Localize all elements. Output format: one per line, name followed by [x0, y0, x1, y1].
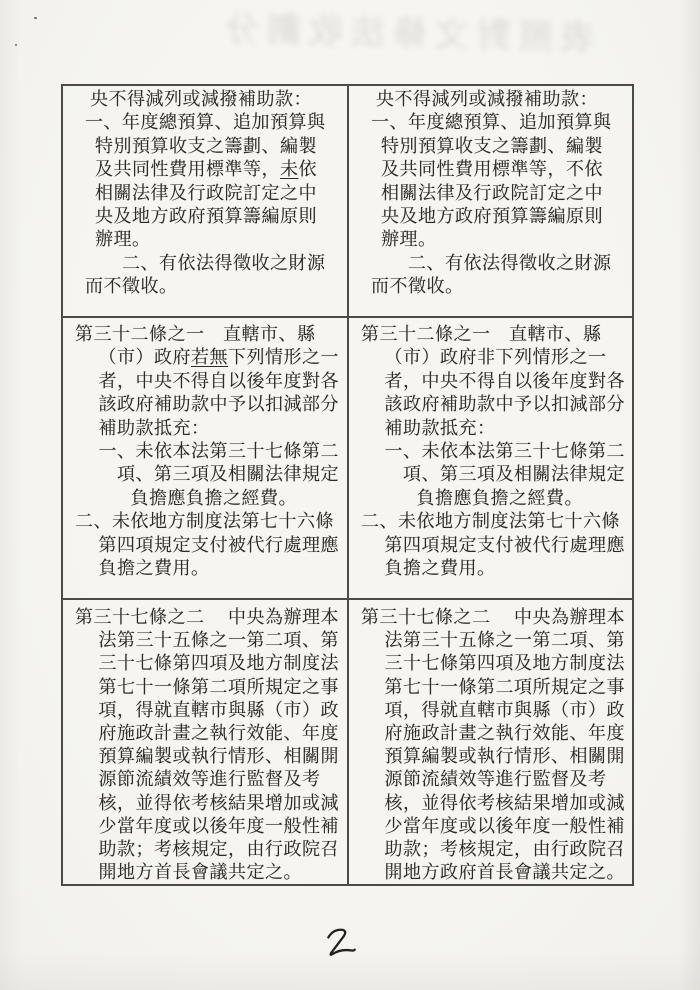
- law-text-line: 特別預算收支之籌劃、編製: [75, 135, 344, 158]
- law-comparison-table: 央不得減列或減撥補助款： 一、年度總預算、追加預算與 特別預算收支之籌劃、編製 …: [61, 84, 634, 886]
- law-text-line: 第三十二條之一 直轄市、縣: [361, 323, 629, 346]
- law-text-line: 央不得減列或減撥補助款：: [361, 88, 629, 111]
- law-text-line: 央不得減列或減撥補助款：: [75, 88, 344, 111]
- law-text-line: 第三十二條之一 直轄市、縣: [75, 323, 344, 346]
- law-text-line: 一、年度總預算、追加預算與: [361, 111, 629, 134]
- law-text-line: 者，中央不得自以後年度對各: [75, 370, 344, 393]
- law-text-line: 開地方政府首長會議共定之。: [361, 861, 629, 884]
- law-text-line: 府施政計畫之執行效能、年度: [75, 722, 344, 745]
- law-text-line: 負擔之費用。: [75, 557, 344, 580]
- law-text-line: 預算編製或執行情形、相關開: [75, 745, 344, 768]
- law-text-line: 法第三十五條之一第二項、第: [361, 629, 629, 652]
- law-text-line: 辦理。: [361, 228, 629, 251]
- law-text-line: 開地方首長會議共定之。: [75, 861, 344, 884]
- bleed-through-artifact: 表照對文條法收劃分費經出支入歲: [224, 1, 595, 65]
- table-cell-r0-c1: 央不得減列或減撥補助款： 一、年度總預算、追加預算與 特別預算收支之籌劃、編製 …: [349, 86, 632, 318]
- law-text-line: 府施政計畫之執行效能、年度: [361, 722, 629, 745]
- law-text-line: （市）政府非下列情形之一: [361, 346, 629, 369]
- law-text-line: 項、第三項及相關法律規定: [75, 463, 344, 486]
- law-text-line: 辦理。: [75, 228, 344, 251]
- law-text-line: 該政府補助款中予以扣減部分: [75, 393, 344, 416]
- law-text-line: 一、未依本法第三十七條第二: [75, 440, 344, 463]
- table-cell-r2-c0: 第三十七條之二 中央為辦理本 法第三十五條之一第二項、第 三十七條第四項及地方制…: [63, 600, 349, 884]
- law-text-line: 特別預算收支之籌劃、編製: [361, 135, 629, 158]
- law-text-line: 央及地方政府預算籌編原則: [75, 205, 344, 228]
- law-text-line: 二、未依地方制度法第七十六條: [75, 510, 344, 533]
- law-text-line: 三十七條第四項及地方制度法: [361, 652, 629, 675]
- law-text-line: 及共同性費用標準等，不依: [361, 158, 629, 181]
- law-text-line: 源節流績效等進行監督及考: [361, 768, 629, 791]
- law-text-line: 第七十一條第二項所規定之事: [361, 676, 629, 699]
- law-text-line: 源節流績效等進行監督及考: [75, 768, 344, 791]
- law-text-line: 而不徵收。: [361, 275, 629, 298]
- law-text-line: 三十七條第四項及地方制度法: [75, 652, 344, 675]
- law-text-line: 二、有依法得徵收之財源: [361, 252, 629, 275]
- law-text-line: 少當年度或以後年度一般性補: [361, 815, 629, 838]
- handwritten-page-number: [320, 924, 364, 962]
- law-text-line: 第七十一條第二項所規定之事: [75, 676, 344, 699]
- table-cell-r1-c0: 第三十二條之一 直轄市、縣 （市）政府若無下列情形之一 者，中央不得自以後年度對…: [63, 318, 349, 600]
- law-text-line: 少當年度或以後年度一般性補: [75, 815, 344, 838]
- law-text-line: 而不徵收。: [75, 275, 344, 298]
- law-text-line: 預算編製或執行情形、相關開: [361, 745, 629, 768]
- law-text-line: 及共同性費用標準等，未依: [75, 158, 344, 181]
- law-text-line: 二、未依地方制度法第七十六條: [361, 510, 629, 533]
- table-cell-r0-c0: 央不得減列或減撥補助款： 一、年度總預算、追加預算與 特別預算收支之籌劃、編製 …: [63, 86, 349, 318]
- law-text-line: 負擔之費用。: [361, 557, 629, 580]
- law-text-line: 相關法律及行政院訂定之中: [75, 182, 344, 205]
- scanned-page: 表照對文條法收劃分費經出支入歲 央不得減列或減撥補助款： 一、年度總預算、追加預…: [0, 0, 700, 990]
- law-text-line: 負擔應負擔之經費。: [75, 487, 344, 510]
- law-text-line: 者，中央不得自以後年度對各: [361, 370, 629, 393]
- law-text-line: （市）政府若無下列情形之一: [75, 346, 344, 369]
- law-text-line: 央及地方政府預算籌編原則: [361, 205, 629, 228]
- law-text-line: 第四項規定支付被代行處理應: [75, 534, 344, 557]
- law-text-line: 項、第三項及相關法律規定: [361, 463, 629, 486]
- law-text-line: 相關法律及行政院訂定之中: [361, 182, 629, 205]
- law-text-line: 項，得就直轄市與縣（市）政: [75, 699, 344, 722]
- scan-speck: [15, 44, 17, 46]
- underlined-text: 若無: [191, 347, 228, 367]
- law-text-line: 核，並得依考核結果增加或減: [75, 792, 344, 815]
- law-text-line: 助款；考核規定，由行政院召: [75, 838, 344, 861]
- law-text-line: 該政府補助款中予以扣減部分: [361, 393, 629, 416]
- law-text-line: 法第三十五條之一第二項、第: [75, 629, 344, 652]
- underlined-text: 未: [280, 159, 299, 179]
- table-cell-r2-c1: 第三十七條之二 中央為辦理本 法第三十五條之一第二項、第 三十七條第四項及地方制…: [349, 600, 632, 884]
- law-text-line: 一、年度總預算、追加預算與: [75, 111, 344, 134]
- law-text-line: 一、未依本法第三十七條第二: [361, 440, 629, 463]
- scan-speck: [34, 17, 37, 19]
- law-text-line: 補助款抵充：: [361, 417, 629, 440]
- law-text-line: 助款；考核規定，由行政院召: [361, 838, 629, 861]
- law-text-line: 第三十七條之二 中央為辦理本: [75, 606, 344, 629]
- law-text-line: 第四項規定支付被代行處理應: [361, 534, 629, 557]
- law-text-line: 第三十七條之二 中央為辦理本: [361, 606, 629, 629]
- law-text-line: 項，得就直轄市與縣（市）政: [361, 699, 629, 722]
- law-text-line: 補助款抵充：: [75, 417, 344, 440]
- handwritten-2-glyph: [318, 922, 366, 964]
- law-text-line: 核，並得依考核結果增加或減: [361, 792, 629, 815]
- table-cell-r1-c1: 第三十二條之一 直轄市、縣 （市）政府非下列情形之一 者，中央不得自以後年度對各…: [349, 318, 632, 600]
- law-text-line: 二、有依法得徵收之財源: [75, 252, 344, 275]
- law-text-line: 負擔應負擔之經費。: [361, 487, 629, 510]
